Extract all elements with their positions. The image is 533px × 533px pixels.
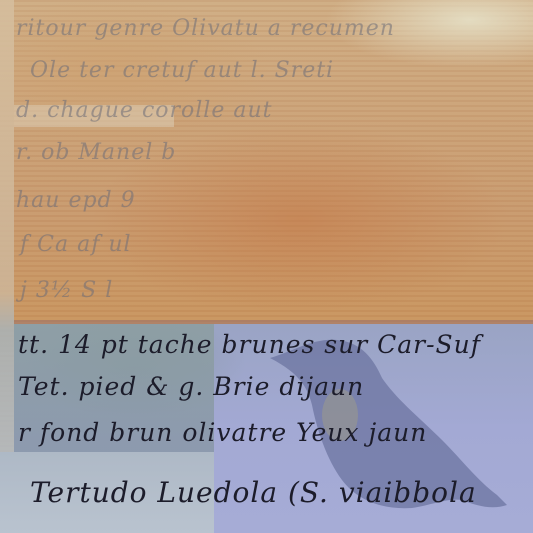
- faint-script-line: Ole ter cretuf aut l. Sreti: [30, 58, 334, 83]
- faint-script-line: ritour genre Olivatu a recumen: [16, 16, 395, 41]
- faint-script-line: d. chague corolle aut: [16, 98, 272, 123]
- faint-script-line: j 3½ S l: [20, 278, 113, 303]
- dark-script-line: Tet. pied & g. Brie dijaun: [18, 372, 364, 401]
- dark-script-line: r fond brun olivatre Yeux jaun: [18, 418, 427, 447]
- faint-script-line: f Ca af ul: [20, 232, 132, 257]
- faint-script-line: hau epd 9: [16, 188, 136, 213]
- dark-script-line: tt. 14 pt tache brunes sur Car-Suf: [18, 330, 481, 359]
- collage-artwork: ritour genre Olivatu a recumen Ole ter c…: [0, 0, 533, 533]
- dark-script-line: Tertudo Luedola (S. viaibbola: [30, 476, 477, 509]
- faint-script-line: r. ob Manel b: [16, 140, 176, 165]
